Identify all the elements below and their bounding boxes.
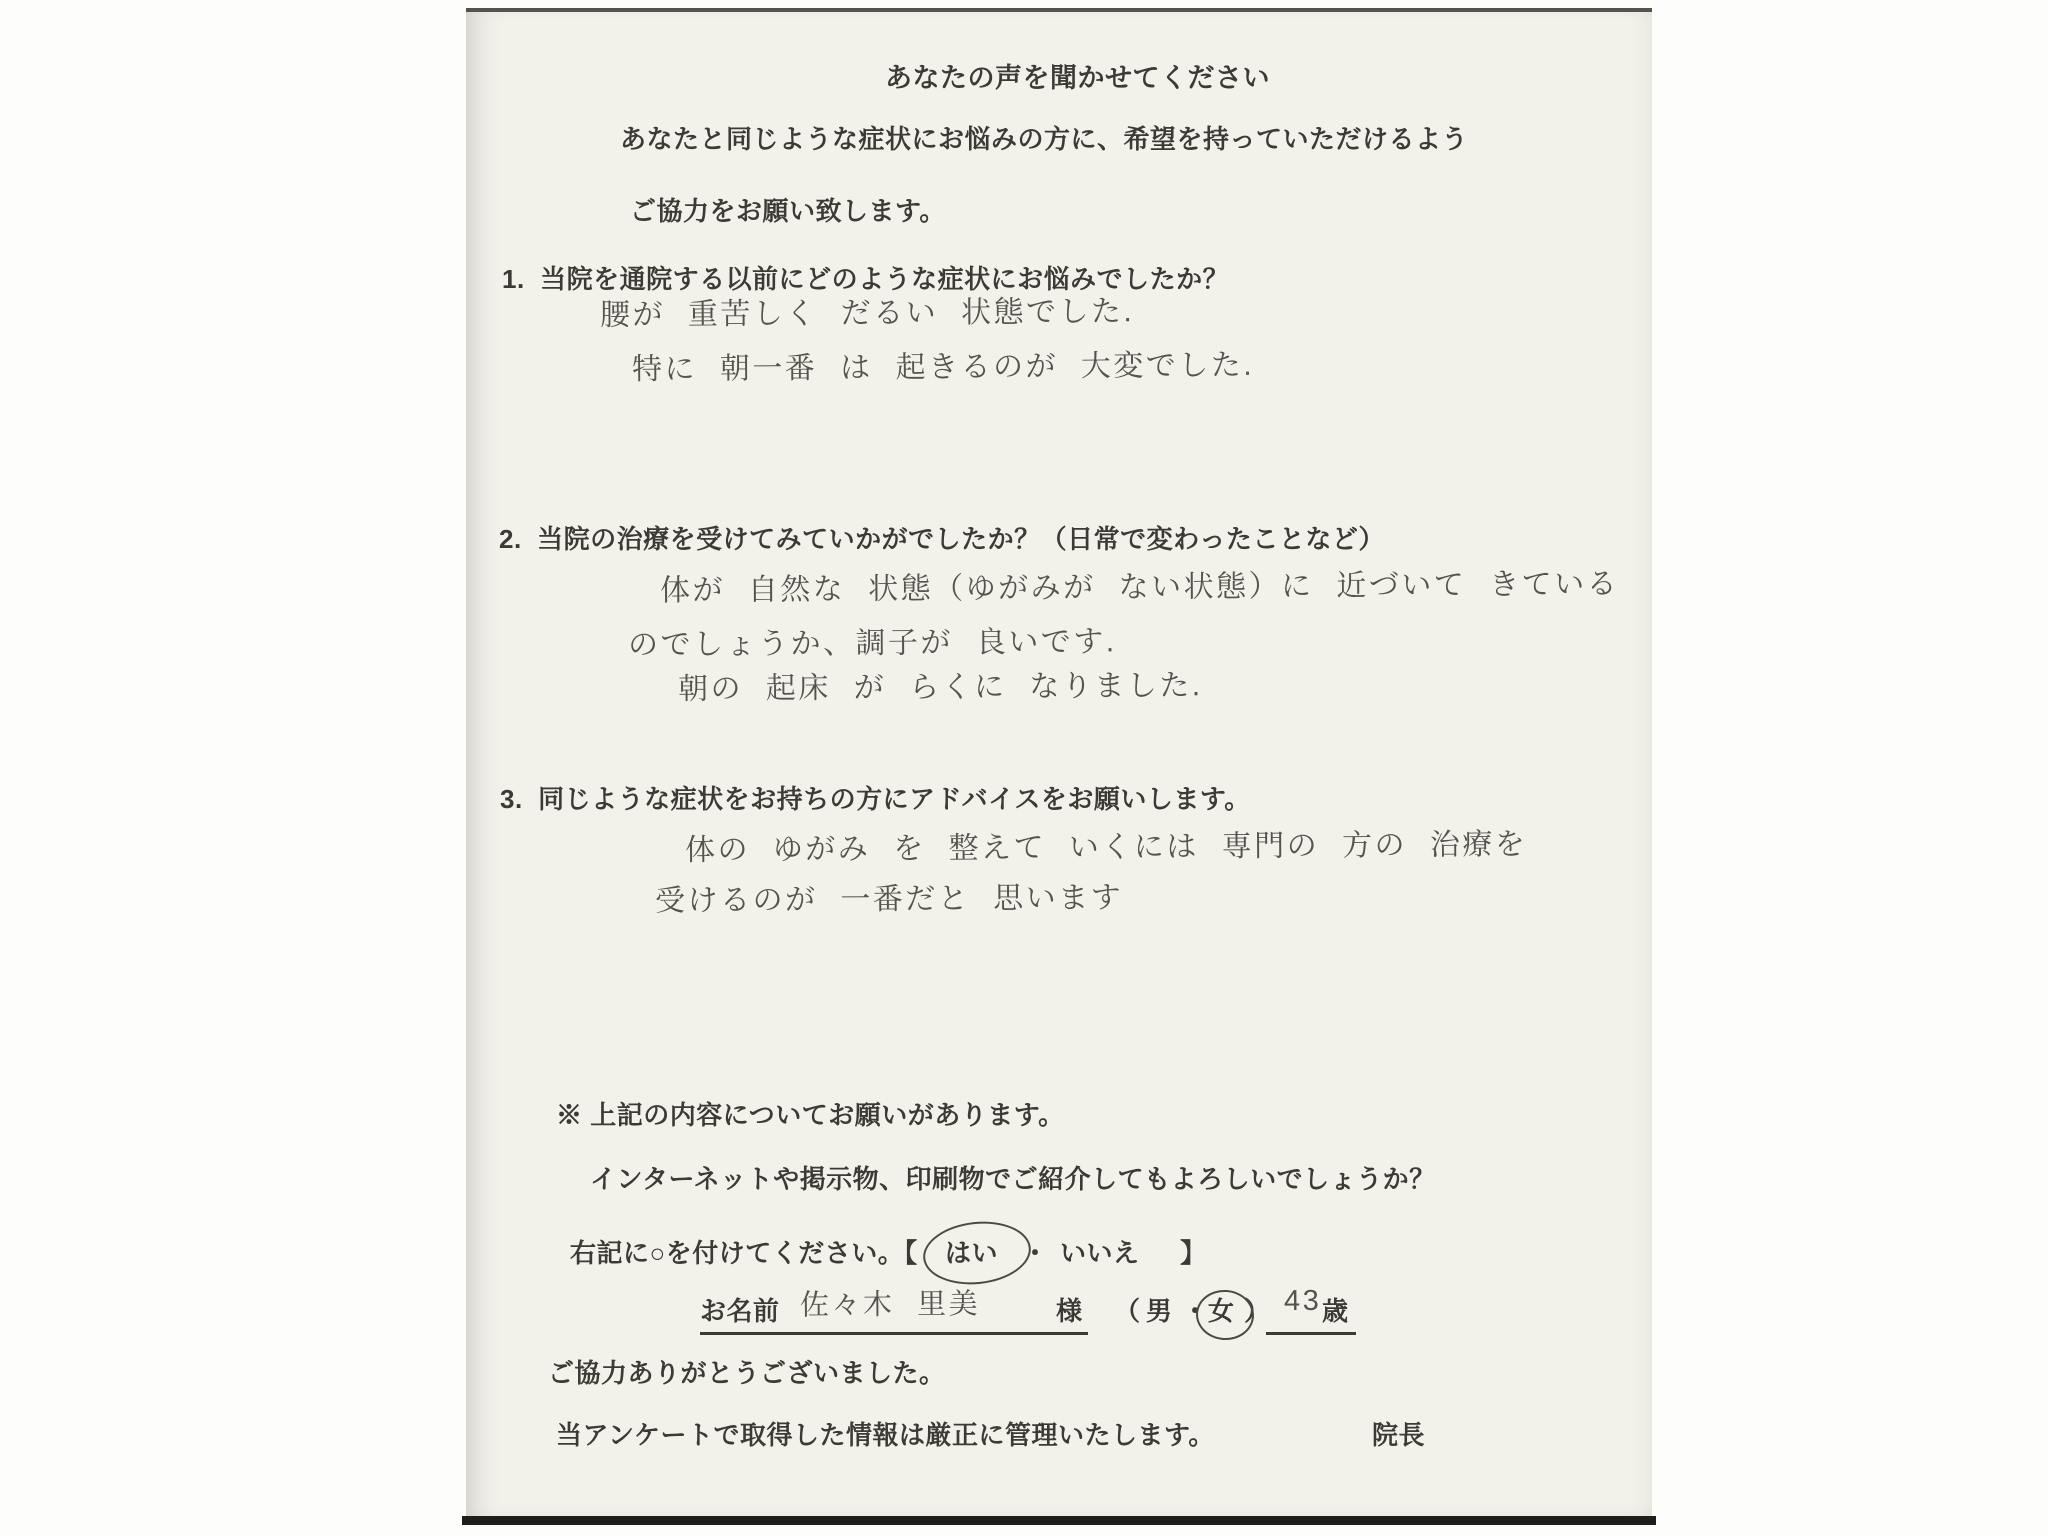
privacy-text: 当アンケートで取得した情報は厳正に管理いたします。 xyxy=(556,1420,1215,1451)
director-label: 院長 xyxy=(1372,1420,1425,1451)
consent-note: ※ 上記の内容についてお願いがあります。 xyxy=(556,1100,1065,1131)
question-3-number: 3. xyxy=(500,784,523,814)
question-3-text: 同じような症状をお持ちの方にアドバイスをお願いします。 xyxy=(538,784,1251,814)
gender-paren-open: （ xyxy=(1114,1296,1141,1327)
name-label: お名前 xyxy=(700,1296,780,1327)
gender-male: 男 xyxy=(1146,1296,1173,1327)
scan-top-edge xyxy=(466,8,1652,12)
consent-option-no: いいえ xyxy=(1060,1238,1140,1269)
intro-line-2: ご協力をお願い致します。 xyxy=(630,196,946,227)
question-2-text: 当院の治療を受けてみていかがでしたか？（日常で変わったことなど） xyxy=(537,524,1385,554)
answer-2-line-1: 体が 自然な 状態（ゆがみが ない状態）に 近づいて きている xyxy=(660,567,1619,610)
consent-instruction: 右記に○を付けてください。【 xyxy=(570,1238,918,1269)
name-value: 佐々木 里美 xyxy=(800,1287,980,1323)
question-1-text: 当院を通院する以前にどのような症状にお悩みでしたか？ xyxy=(540,264,1229,294)
question-1-number: 1. xyxy=(502,264,525,294)
honorific: 様 xyxy=(1056,1296,1083,1327)
intro-line-1: あなたと同じような症状にお悩みの方に、希望を持っていただけるよう xyxy=(620,124,1468,155)
consent-bracket-close: 】 xyxy=(1180,1238,1207,1269)
name-underline xyxy=(700,1332,1088,1335)
answer-2-line-3: 朝の 起床 が らくに なりました. xyxy=(678,668,1203,708)
answer-2-line-2: のでしょうか、調子が 良いです. xyxy=(628,624,1117,663)
form-title: あなたの声を聞かせてください xyxy=(885,62,1270,94)
answer-3-line-2: 受けるのが 一番だと 思います xyxy=(655,880,1123,919)
consent-question: インターネットや掲示物、印刷物でご紹介してもよろしいでしょうか？ xyxy=(590,1164,1436,1195)
question-1: 1. 当院を通院する以前にどのような症状にお悩みでしたか？ xyxy=(502,264,1229,295)
scan-bottom-edge xyxy=(462,1516,1656,1525)
thanks-text: ご協力ありがとうございました。 xyxy=(548,1358,946,1389)
age-unit: 歳 xyxy=(1322,1296,1349,1327)
answer-1-line-1: 腰が 重苦しく だるい 状態でした. xyxy=(600,294,1135,334)
paper xyxy=(466,10,1652,1516)
question-2: 2. 当院の治療を受けてみていかがでしたか？（日常で変わったことなど） xyxy=(499,524,1385,555)
age-underline xyxy=(1266,1332,1356,1335)
scanned-survey-screenshot: あなたの声を聞かせてください あなたと同じような症状にお悩みの方に、希望を持って… xyxy=(0,0,2048,1536)
answer-3-line-1: 体の ゆがみ を 整えて いくには 専門の 方の 治療を xyxy=(685,827,1528,869)
question-2-number: 2. xyxy=(499,524,522,554)
age-value: 43 xyxy=(1284,1284,1322,1319)
question-3: 3. 同じような症状をお持ちの方にアドバイスをお願いします。 xyxy=(500,784,1251,815)
answer-1-line-2: 特に 朝一番 は 起きるのが 大変でした. xyxy=(632,348,1254,388)
